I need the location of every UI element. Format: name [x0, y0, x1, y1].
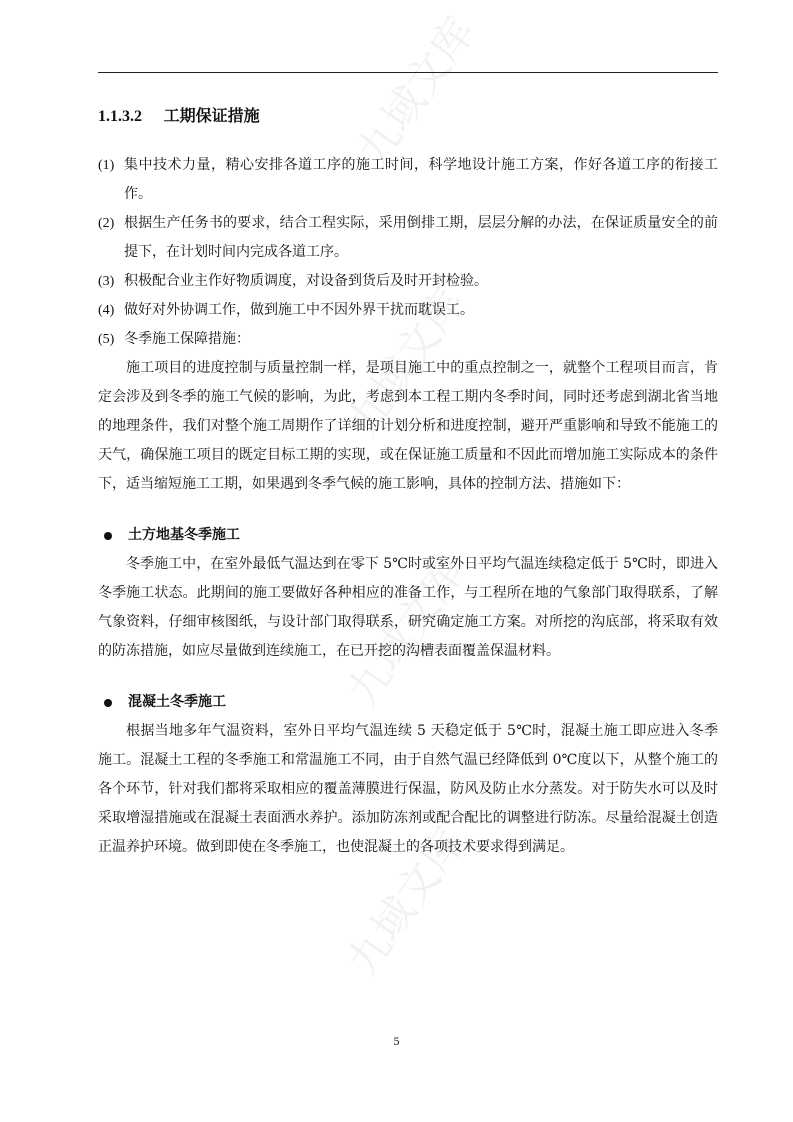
- section-number: 1.1.3.2: [98, 101, 146, 133]
- subsection-title: 混凝土冬季施工: [128, 688, 226, 717]
- subsection-paragraph: 冬季施工中，在室外最低气温达到在零下 5℃时或室外日平均气温连续稳定低于 5℃时…: [98, 550, 718, 666]
- bullet-icon: [104, 699, 112, 707]
- list-item-number: (1): [98, 151, 124, 209]
- list-item: (2) 根据生产任务书的要求，结合工程实际，采用倒排工期，层层分解的办法，在保证…: [98, 209, 718, 267]
- section-heading: 1.1.3.2 工期保证措施: [98, 100, 718, 133]
- list-item-text: 做好对外协调工作，做到施工中不因外界干扰而耽误工。: [124, 296, 718, 325]
- list-item-text: 根据生产任务书的要求，结合工程实际，采用倒排工期，层层分解的办法，在保证质量安全…: [124, 209, 718, 267]
- list-item: (4) 做好对外协调工作，做到施工中不因外界干扰而耽误工。: [98, 296, 718, 325]
- subsection-heading: 土方地基冬季施工: [98, 521, 718, 550]
- subsection-title: 土方地基冬季施工: [128, 521, 240, 550]
- bullet-icon: [104, 532, 112, 540]
- list-item-text: 集中技术力量，精心安排各道工序的施工时间，科学地设计施工方案，作好各道工序的衔接…: [124, 151, 718, 209]
- list-item: (5) 冬季施工保障措施：: [98, 325, 718, 354]
- list-item: (1) 集中技术力量，精心安排各道工序的施工时间，科学地设计施工方案，作好各道工…: [98, 151, 718, 209]
- subsection-paragraph: 根据当地多年气温资料，室外日平均气温连续 5 天稳定低于 5℃时，混凝土施工即应…: [98, 717, 718, 862]
- page-body: 1.1.3.2 工期保证措施 (1) 集中技术力量，精心安排各道工序的施工时间，…: [98, 100, 718, 862]
- section-title: 工期保证措施: [164, 106, 260, 125]
- intro-paragraph: 施工项目的进度控制与质量控制一样，是项目施工中的重点控制之一，就整个工程项目而言…: [98, 354, 718, 499]
- list-item-number: (5): [98, 325, 124, 354]
- list-item-text: 积极配合业主作好物质调度，对设备到货后及时开封检验。: [124, 267, 718, 296]
- list-item-number: (2): [98, 209, 124, 267]
- list-item-text: 冬季施工保障措施：: [124, 325, 718, 354]
- list-item-number: (4): [98, 296, 124, 325]
- subsection-heading: 混凝土冬季施工: [98, 688, 718, 717]
- page-number: 5: [0, 1037, 793, 1048]
- list-item-number: (3): [98, 267, 124, 296]
- list-item: (3) 积极配合业主作好物质调度，对设备到货后及时开封检验。: [98, 267, 718, 296]
- header-rule: [98, 72, 718, 73]
